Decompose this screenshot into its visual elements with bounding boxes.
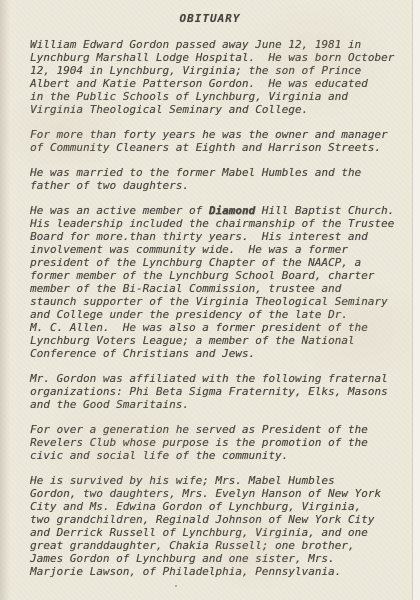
paragraph: For more than forty years he was the own… <box>30 128 410 154</box>
text-segment: Albert and Katie Patterson Gordon. He wa… <box>30 77 368 90</box>
text-segment: Board for more.than thirty years. His in… <box>30 230 368 243</box>
text-line: Gordon, two daughters, Mrs. Evelyn Hanso… <box>30 487 410 500</box>
text-line: staunch supporter of the Virginia Theolo… <box>30 295 410 308</box>
text-segment: William Edward Gordon passed away June 1… <box>30 38 361 51</box>
document-body: William Edward Gordon passed away June 1… <box>30 38 410 590</box>
text-line: He was married to the former Mabel Humbl… <box>30 166 410 179</box>
text-segment: former member of the Lynchburg School Bo… <box>30 269 374 282</box>
text-segment: Revelers Club whose purpose is the promo… <box>30 436 368 449</box>
scanned-obituary-page: OBITUARY William Edward Gordon passed aw… <box>0 0 420 600</box>
text-segment: Gordon, two daughters, Mrs. Evelyn Hanso… <box>30 487 381 500</box>
text-segment: Lynchburg Voters League; a member of the… <box>30 334 355 347</box>
text-segment: father of two daughters. <box>30 179 189 192</box>
text-segment: M. C. Allen. He was also a former presid… <box>30 321 368 334</box>
text-segment: of Community Cleaners at Eighth and Harr… <box>30 141 381 154</box>
text-segment: and Derrick Russell of Lynchburg, Virgin… <box>30 526 368 539</box>
text-segment: president of the Lynchburg Chapter of th… <box>30 256 361 269</box>
text-segment: City and Ms. Edwina Gordon of Lynchburg,… <box>30 500 361 513</box>
text-line: James Gordon of Lynchburg and one sister… <box>30 552 410 565</box>
text-line: civic and social life of the community. <box>30 449 410 462</box>
text-line: organizations: Phi Beta Sigma Fraternity… <box>30 385 410 398</box>
text-segment: in the Public Schools of Lynchburg, Virg… <box>30 90 348 103</box>
text-segment: and College under the presidency of the … <box>30 308 348 321</box>
paper-speck <box>175 585 177 587</box>
text-segment: two grandchildren, Reginald Johnson of N… <box>30 513 374 526</box>
paragraph: Mr. Gordon was affiliated with the follo… <box>30 372 410 411</box>
text-segment: staunch supporter of the Virginia Theolo… <box>30 295 388 308</box>
text-segment: civic and social life of the community. <box>30 449 288 462</box>
text-line: and Derrick Russell of Lynchburg, Virgin… <box>30 526 410 539</box>
text-segment: 12, 1904 in Lynchburg, Virginia; the son… <box>30 64 361 77</box>
text-line: member of the Bi-Racial Commission, trus… <box>30 282 410 295</box>
text-line: For more than forty years he was the own… <box>30 128 410 141</box>
text-line: William Edward Gordon passed away June 1… <box>30 38 410 51</box>
paragraph: He was married to the former Mabel Humbl… <box>30 166 410 192</box>
text-segment: Marjorie Lawson, of Philadelphia, Pennsy… <box>30 565 341 578</box>
text-segment: involvement was community wide. He was a… <box>30 243 348 256</box>
text-segment: Conference of Christians and Jews. <box>30 347 255 360</box>
paragraph: He is survived by his wife; Mrs. Mabel H… <box>30 474 410 578</box>
text-line: involvement was community wide. He was a… <box>30 243 410 256</box>
text-line: Virginia Theological Seminary and Colleg… <box>30 103 410 116</box>
text-line: and the Good Smaritains. <box>30 398 410 411</box>
text-line: former member of the Lynchburg School Bo… <box>30 269 410 282</box>
text-line: 12, 1904 in Lynchburg, Virginia; the son… <box>30 64 410 77</box>
text-line: Lynchburg Voters League; a member of the… <box>30 334 410 347</box>
text-line: City and Ms. Edwina Gordon of Lynchburg,… <box>30 500 410 513</box>
bold-text: Diamond <box>209 204 255 217</box>
text-segment: Lynchburg Marshall Lodge Hospital. He wa… <box>30 51 394 64</box>
text-segment: He is survived by his wife; Mrs. Mabel H… <box>30 474 335 487</box>
text-segment: Virginia Theological Seminary and Colleg… <box>30 103 308 116</box>
text-line: president of the Lynchburg Chapter of th… <box>30 256 410 269</box>
text-segment: great granddaughter, Chakia Russell; one… <box>30 539 355 552</box>
text-line: Revelers Club whose purpose is the promo… <box>30 436 410 449</box>
text-line: and College under the presidency of the … <box>30 308 410 321</box>
text-line: of Community Cleaners at Eighth and Harr… <box>30 141 410 154</box>
text-segment: James Gordon of Lynchburg and one sister… <box>30 552 335 565</box>
paragraph: He was an active member of Diamond Hill … <box>30 204 410 360</box>
text-line: two grandchildren, Reginald Johnson of N… <box>30 513 410 526</box>
document-title: OBITUARY <box>0 12 420 25</box>
text-segment: He was an active member of <box>30 204 209 217</box>
text-line: Conference of Christians and Jews. <box>30 347 410 360</box>
text-line: Lynchburg Marshall Lodge Hospital. He wa… <box>30 51 410 64</box>
paragraph: William Edward Gordon passed away June 1… <box>30 38 410 116</box>
text-line: He is survived by his wife; Mrs. Mabel H… <box>30 474 410 487</box>
text-line: M. C. Allen. He was also a former presid… <box>30 321 410 334</box>
text-segment: He was married to the former Mabel Humbl… <box>30 166 361 179</box>
text-segment: organizations: Phi Beta Sigma Fraternity… <box>30 385 388 398</box>
text-segment: Mr. Gordon was affiliated with the follo… <box>30 372 388 385</box>
text-line: father of two daughters. <box>30 179 410 192</box>
text-line: For over a generation he served as Presi… <box>30 423 410 436</box>
text-segment: For over a generation he served as Presi… <box>30 423 368 436</box>
page-right-edge-strip <box>412 0 420 600</box>
text-line: Marjorie Lawson, of Philadelphia, Pennsy… <box>30 565 410 578</box>
text-line: Board for more.than thirty years. His in… <box>30 230 410 243</box>
text-segment: and the Good Smaritains. <box>30 398 189 411</box>
text-line: in the Public Schools of Lynchburg, Virg… <box>30 90 410 103</box>
text-line: great granddaughter, Chakia Russell; one… <box>30 539 410 552</box>
paragraph: For over a generation he served as Presi… <box>30 423 410 462</box>
text-segment: His leadership included the chairmanship… <box>30 217 394 230</box>
text-line: He was an active member of Diamond Hill … <box>30 204 410 217</box>
text-segment: For more than forty years he was the own… <box>30 128 388 141</box>
text-segment: member of the Bi-Racial Commission, trus… <box>30 282 341 295</box>
page-left-edge-shadow <box>0 0 10 600</box>
text-segment: Hill Baptist Church. <box>255 204 394 217</box>
text-line: Mr. Gordon was affiliated with the follo… <box>30 372 410 385</box>
text-line: Albert and Katie Patterson Gordon. He wa… <box>30 77 410 90</box>
text-line: His leadership included the chairmanship… <box>30 217 410 230</box>
